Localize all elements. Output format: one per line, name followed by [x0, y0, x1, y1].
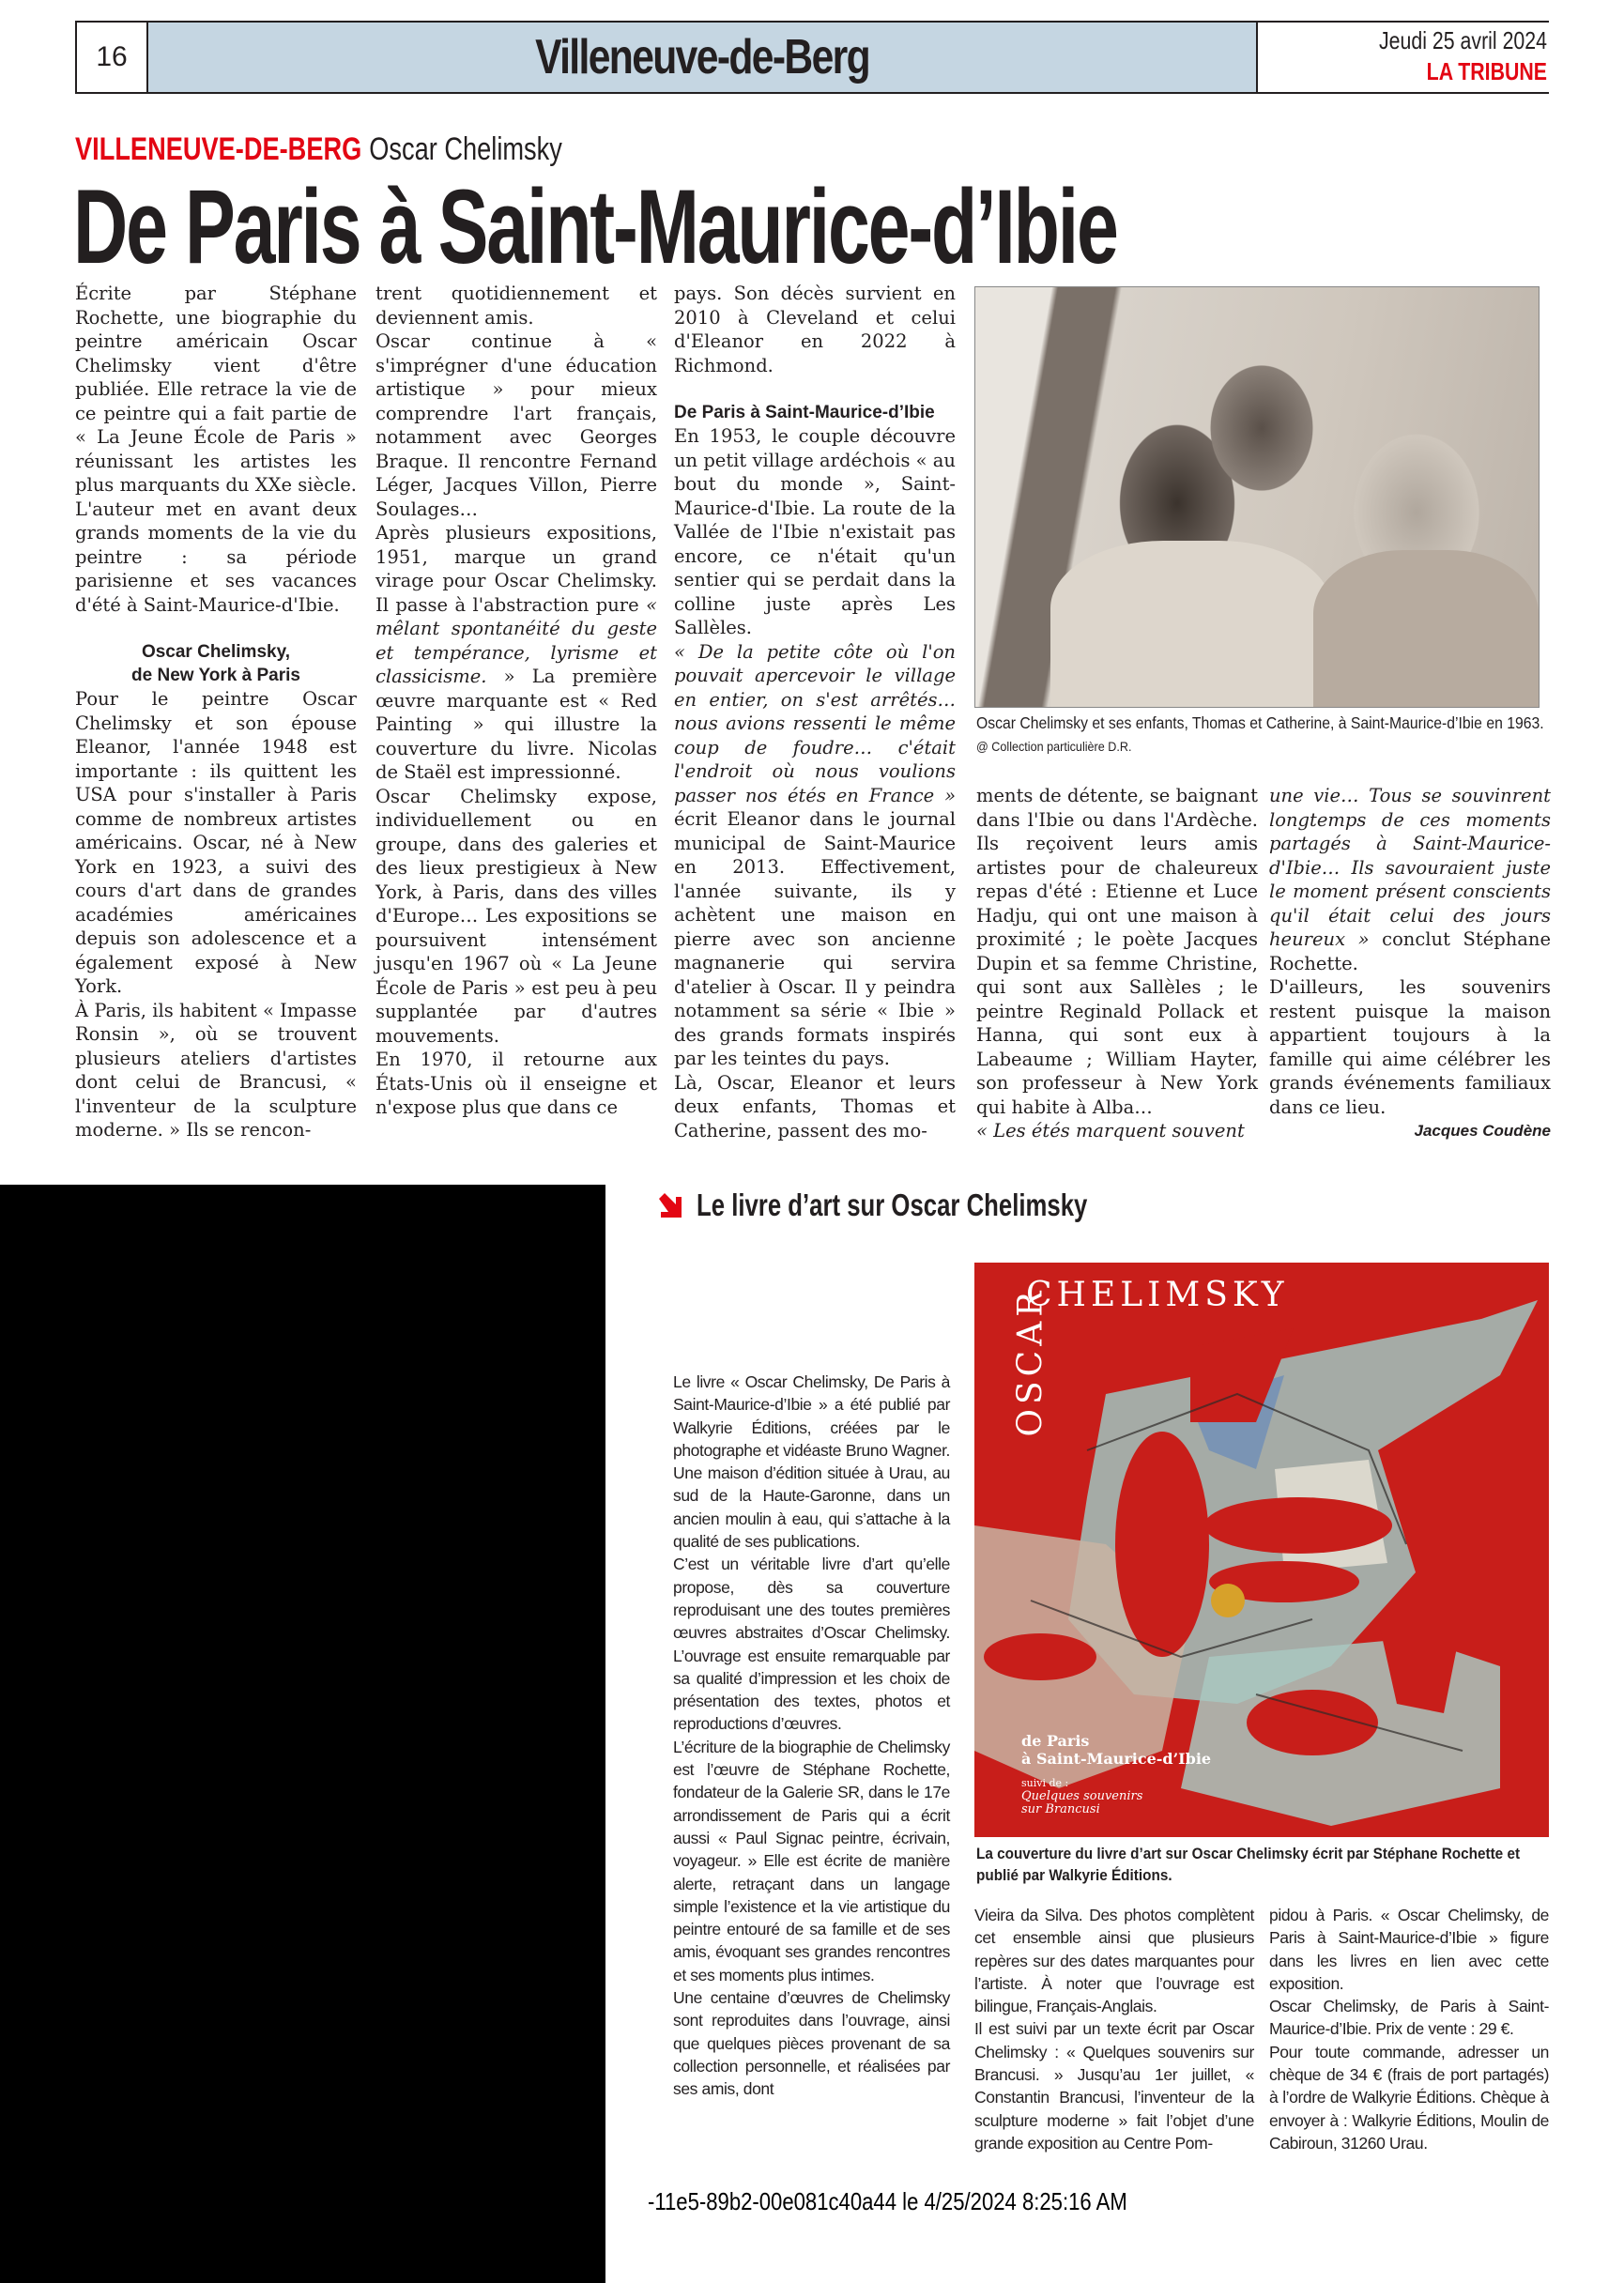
kicker-topic: Oscar Chelimsky — [369, 131, 562, 167]
subheading: De Paris à Saint-Maurice-d’Ibie — [674, 401, 956, 424]
page-number-text: 16 — [96, 41, 127, 73]
paragraph: Le livre « Oscar Chelimsky, De Paris à S… — [673, 1371, 950, 1553]
paragraph: Pour le peintre Oscar Chelimsky et son é… — [75, 687, 357, 999]
paragraph: C’est un véritable livre d’art qu’elle p… — [673, 1553, 950, 1735]
book-box-heading: Le livre d’art sur Oscar Chelimsky — [657, 1187, 1198, 1223]
paragraph: pays. Son décès survient en 2010 à Cleve… — [674, 282, 956, 377]
quote: « De la petite côte où l'on pouvait aper… — [674, 641, 956, 806]
paragraph: Oscar Chelimsky, de Paris à Saint-Mauric… — [1269, 1995, 1549, 2041]
masthead-right: Jeudi 25 avril 2024 LA TRIBUNE — [1256, 21, 1549, 94]
paragraph: En 1953, le couple découvre un petit vil… — [674, 424, 956, 640]
quote: une vie… Tous se souvinrent longtemps de… — [1269, 785, 1551, 950]
paragraph: Il est suivi par un texte écrit par Osca… — [974, 2017, 1254, 2154]
publication-name: LA TRIBUNE — [1310, 57, 1547, 86]
page-number: 16 — [75, 21, 148, 94]
cover-followed-by: suivi de : Quelques souvenirs sur Brancu… — [1021, 1777, 1142, 1816]
article-column-1: Écrite par Stéphane Rochette, une biogra… — [75, 282, 357, 1142]
book-cover-image: CHELIMSKY OSCAR de Paris à Saint-Maurice… — [974, 1263, 1549, 1837]
cover-subtitle-line: de Paris — [1021, 1732, 1211, 1750]
redacted-area — [0, 1185, 605, 2283]
paragraph: Oscar continue à « s'imprégner d'une édu… — [375, 329, 657, 521]
paragraph: À Paris, ils habitent « Impasse Ronsin »… — [75, 999, 357, 1142]
subheading: de New York à Paris — [75, 664, 357, 687]
paragraph: Pour toute commande, adresser un chèque … — [1269, 2041, 1549, 2154]
cover-name-horizontal: CHELIMSKY — [1026, 1276, 1289, 1314]
cover-caption: La couverture du livre d’art sur Oscar C… — [976, 1843, 1551, 1886]
photo-figure-boy — [1050, 541, 1332, 708]
book-column-2: Vieira da Silva. Des photos complètent c… — [974, 1904, 1254, 2154]
paragraph: Oscar Chelimsky expose, individuellement… — [375, 785, 657, 1049]
article-column-5: une vie… Tous se souvinrent longtemps de… — [1269, 784, 1551, 1143]
paragraph-text: Après plusieurs expositions, 1951, marqu… — [375, 522, 657, 616]
paragraph: L’écriture de la biographie de Chelimsky… — [673, 1736, 950, 1986]
paragraph: Écrite par Stéphane Rochette, une biogra… — [75, 282, 357, 617]
paragraph: Après plusieurs expositions, 1951, marqu… — [375, 521, 657, 785]
paragraph: Là, Oscar, Eleanor et leurs deux enfants… — [674, 1071, 956, 1143]
paragraph: D'ailleurs, les souvenirs restent puisqu… — [1269, 975, 1551, 1119]
subheading: Oscar Chelimsky, — [75, 640, 357, 664]
section-title: Villeneuve-de-Berg — [535, 29, 869, 85]
article-column-2: trent quotidiennement et deviennent amis… — [375, 282, 657, 1120]
paragraph: Une centaine d’œuvres de Chelimsky sont … — [673, 1986, 950, 2100]
paragraph: « De la petite côte où l'on pouvait aper… — [674, 640, 956, 1071]
paragraph: « Les étés marquent souvent — [976, 1119, 1258, 1143]
paragraph-text: écrit Eleanor dans le journal municipal … — [674, 808, 956, 1069]
paragraph: ments de détente, se baignant dans l'Ibi… — [976, 784, 1258, 1119]
issue-date: Jeudi 25 avril 2024 — [1310, 26, 1547, 55]
paragraph: Vieira da Silva. Des photos complètent c… — [974, 1904, 1254, 2017]
book-column-3: pidou à Paris. « Oscar Chelimsky, de Par… — [1269, 1904, 1549, 2154]
cover-followed-title: Quelques souvenirs — [1021, 1789, 1142, 1803]
kicker-location: VILLENEUVE-DE-BERG — [75, 131, 361, 167]
family-photo — [974, 286, 1540, 708]
section-band: Villeneuve-de-Berg — [148, 21, 1256, 94]
article-column-3: pays. Son décès survient en 2010 à Cleve… — [674, 282, 956, 1142]
book-column-1: Le livre « Oscar Chelimsky, De Paris à S… — [673, 1371, 950, 2101]
paragraph: En 1970, il retourne aux États-Unis où i… — [375, 1048, 657, 1120]
caption-text: Oscar Chelimsky et ses enfants, Thomas e… — [976, 713, 1544, 732]
cover-subtitle-line: à Saint-Maurice-d’Ibie — [1021, 1750, 1211, 1768]
download-watermark: -11e5-89b2-00e081c40a44 le 4/25/2024 8:2… — [648, 2187, 1127, 2216]
cover-followed-label: suivi de : — [1021, 1777, 1142, 1790]
author-signature: Jacques Coudène — [1269, 1119, 1551, 1143]
photo-credit: @ Collection particulière D.R. — [976, 739, 1131, 754]
cover-subtitle: de Paris à Saint-Maurice-d’Ibie — [1021, 1732, 1211, 1768]
cover-name-vertical: OSCAR — [1012, 1296, 1050, 1437]
cover-followed-title: sur Brancusi — [1021, 1802, 1100, 1816]
quote: « Les étés marquent souvent — [976, 1120, 1245, 1141]
paragraph: une vie… Tous se souvinrent longtemps de… — [1269, 784, 1551, 975]
photo-figure-girl — [1313, 550, 1539, 708]
paragraph: pidou à Paris. « Oscar Chelimsky, de Par… — [1269, 1904, 1549, 1995]
article-column-4: ments de détente, se baignant dans l'Ibi… — [976, 784, 1258, 1143]
article-title: De Paris à Saint-Maurice-d’Ibie — [73, 175, 1117, 280]
kicker: VILLENEUVE-DE-BERGOscar Chelimsky — [75, 131, 562, 168]
photo-caption: Oscar Chelimsky et ses enfants, Thomas e… — [976, 712, 1551, 758]
paragraph: trent quotidiennement et deviennent amis… — [375, 282, 657, 329]
book-box-title: Le livre d’art sur Oscar Chelimsky — [697, 1187, 1087, 1223]
arrow-down-right-icon — [657, 1193, 682, 1218]
